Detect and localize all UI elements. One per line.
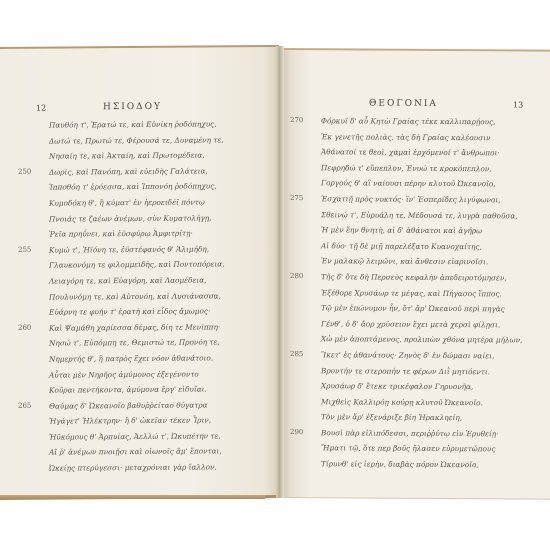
verse-line-text: Τίρυνθ' εἰς ἱερὴν, διαβὰς πόρον Ὠκεανοῖο… [321,456,479,473]
verse-line-text: Ἐν μαλακῷ λειμῶνι, καὶ ἄνθεσιν εἰαρινοῖσ… [321,254,488,271]
book-gutter [276,46,284,498]
verse-line: Ἠϋκόμους θ' Ἁρπυίας, Ἀελλώ τ', Ὠκυπέτην … [49,428,225,445]
verse-line-text: Καὶ Ψαμάθη χαρίεσσα δέμας, δίη τε Μενίππ… [49,319,220,336]
verse-text-block: Παυθόη τ', Ἐρατώ τε, καὶ Εὐνίκη ῥοδόπηχυ… [49,116,225,476]
verse-line: Αὗται μὲν Νηρῆος ἀμύμονος ἐξεγένοντο [49,366,225,383]
verse-line-text: Ἠγάγετ' Ἠλέκτρην· ἣ δ' ὠκεῖαν τέκεν Ἶριν… [49,413,211,430]
running-head: ΗΣΙΟΔΟΥ [103,102,162,112]
verse-line-text: Σθεινώ τ', Εὐρυάλη τε, Μέδουσά τε, λυγρὰ… [321,207,518,224]
right-page: ΘΕΟΓΟΝΙΑ 13 270Φόρκυϊ δ' αὖ Κητὼ Γραίας … [281,48,550,500]
verse-line: Ἠγάγετ' Ἠλέκτρην· ἣ δ' ὠκεῖαν τέκεν Ἶριν… [49,413,225,430]
verse-line-text: Ἤματι τῷ, ὅτε περ βοῦς ἤλασεν εὐρυμετώπο… [321,441,495,458]
verse-line-text: Ἀθάνατοί τε θεοὶ, χαμαὶ ἐρχόμενοί τ' ἄνθ… [321,144,500,161]
line-number: 270 [290,113,314,129]
verse-line-text: Τῆς δ' ὅτε δὴ Περσεὺς κεφαλὴν ἀπεδειροτό… [321,269,507,286]
verse-line-text: Ῥεῖα πρηΰνει, καὶ ἐϋσφύρῳ Ἀμφιτρίτῃ· [49,226,193,243]
running-head: ΘΕΟΓΟΝΙΑ [369,99,438,109]
verse-line-text: Βροντήν τε στεροπήν τε φέρων Διῒ μητιόεν… [321,363,490,380]
verse-line: 290Βουσὶ πὰρ εἰλιπόδεσσι, περιῤῥύτῳ εἰν … [321,425,522,442]
verse-line-text: Χὠ μὲν ἀποπτάμενος, προλιπὼν χθόνα μητέρ… [321,332,522,349]
verse-line: Γένθ', ὁ δ' ἄορ χρύσειον ἔχει μετὰ χερσὶ… [321,316,522,333]
verse-line-text: Αὗται μὲν Νηρῆος ἀμύμονος ἐξεγένοντο [49,366,199,383]
open-book: 12 ΗΣΙΟΔΟΥ Παυθόη τ', Ἐρατώ τε, καὶ Εὐνί… [0,0,550,550]
verse-line-text: Τὸν μὲν ἄρ' ἐξενάριξε βίη Ἡρακληείη, [321,410,462,426]
verse-line-text: Γλαυκονόμη τε φιλομμειδὴς, καὶ Ποντοπόρε… [49,257,225,274]
verse-line-text: Ὠκείῃς πτερύγεσσι· μεταχρόνιαι γὰρ ἴαλλο… [49,459,217,476]
verse-line: Ὠκείῃς πτερύγεσσι· μεταχρόνιαι γὰρ ἴαλλο… [49,459,225,476]
page-number: 12 [36,104,46,113]
verse-line: Ἀθάνατοί τε θεοὶ, χαμαὶ ἐρχόμενοί τ' ἄνθ… [321,144,522,161]
verse-line: Αἱ δύο· τῇ δὲ μιῇ παρελέξατο Κυανοχαίτης… [321,238,522,255]
verse-line-text: Ἡ μὲν ἔην θνητὴ, αἱ δ' ἀθάνατοι καὶ ἀγήρ… [321,222,482,239]
verse-line-text: Αἵ ῥ' ἀνέμων πνοιῇσι καὶ οἰωνοῖς ἅμ' ἕπο… [49,444,222,461]
verse-line: Νησαίη τε, καὶ Ἀκταίη, καὶ Πρωτομέδεια, [49,148,225,165]
verse-line: Πνοιάς τε ζαέων ἀνέμων, σὺν Κυματολήγῃ, [49,210,225,227]
verse-line-text: Δωρὶς, καὶ Πανόπη, καὶ εὐειδὴς Γαλάτεια, [49,163,208,180]
verse-line-text: Γοργούς θ' αἳ ναίουσι πέρην κλυτοῦ Ὠκεαν… [321,176,496,193]
verse-line: Γοργούς θ' αἳ ναίουσι πέρην κλυτοῦ Ὠκεαν… [321,176,522,193]
verse-line: Κοῦραι πεντήκοντα, ἀμύμονα ἔργ' εἰδυῖαι. [49,381,225,398]
line-number: 255 [18,242,42,258]
verse-line-text: Δωτώ τε, Πρωτώ τε, Φέρουσά τε, Δυναμένη … [49,132,224,149]
verse-line: Δωτώ τε, Πρωτώ τε, Φέρουσά τε, Δυναμένη … [49,132,225,149]
verse-line-text: Πνοιάς τε ζαέων ἀνέμων, σὺν Κυματολήγῃ, [49,210,211,227]
verse-line: Ἡ μὲν ἔην θνητὴ, αἱ δ' ἀθάνατοι καὶ ἀγήρ… [321,222,522,239]
verse-line-text: Νησώ τ', Εὐπόμπη τε, Θεμιστώ τε, Προνόη … [49,335,220,352]
page-number: 13 [513,100,523,109]
line-number: 260 [18,320,42,336]
verse-line: Λειαγόρη τε, καὶ Εὐαγόρη, καὶ Λαομέδεια, [49,272,225,289]
verse-line: Χρυσάωρ δ' ἔτεκε τρικέφαλον Γηρυονῆα, [321,378,522,395]
verse-line-text: Ἐσχατιῇ πρὸς νυκτός· ἵν' Ἑσπερίδες λιγύφ… [321,191,501,208]
verse-line: Ῥεῖα πρηΰνει, καὶ ἐϋσφύρῳ Ἀμφιτρίτῃ· [49,226,225,243]
verse-line: Τὸν μὲν ἄρ' ἐξενάριξε βίη Ἡρακληείη, [321,410,522,427]
verse-line-text: Κυμώ τ', Ἠϊόνη τε, ἐϋστέφανός θ' Ἁλιμήδη… [49,241,209,258]
verse-line: Ἱπποθόη τ' ἐρόεσσα, καὶ Ἱππονόη ῥοδόπηχυ… [49,179,225,196]
verse-line-text: Λειαγόρη τε, καὶ Εὐαγόρη, καὶ Λαομέδεια, [49,272,207,289]
line-number: 290 [290,425,314,441]
verse-line: Κυμοδόκη θ', ἣ κύματ' ἐν ἠεροειδέϊ πόντῳ [49,194,225,211]
verse-line: Νησώ τ', Εὐπόμπη τε, Θεμιστώ τε, Προνόη … [49,335,225,352]
verse-line-text: Ἱπποθόη τ' ἐρόεσσα, καὶ Ἱππονόη ῥοδόπηχυ… [49,179,217,196]
line-number: 275 [290,191,314,207]
verse-line: 270Φόρκυϊ δ' αὖ Κητὼ Γραίας τέκε καλλιπα… [321,113,522,130]
verse-line-text: Παυθόη τ', Ἐρατώ τε, καὶ Εὐνίκη ῥοδόπηχυ… [49,116,217,133]
line-number: 265 [18,398,42,414]
verse-line-text: Βουσὶ πὰρ εἰλιπόδεσσι, περιῤῥύτῳ εἰν Ἐρυ… [321,425,498,442]
line-number: 285 [290,347,314,363]
verse-line: Αἵ ῥ' ἀνέμων πνοιῇσι καὶ οἰωνοῖς ἅμ' ἕπο… [49,444,225,461]
verse-line: Ἐν μαλακῷ λειμῶνι, καὶ ἄνθεσιν εἰαρινοῖσ… [321,254,522,271]
verse-line-text: Γένθ', ὁ δ' ἄορ χρύσειον ἔχει μετὰ χερσὶ… [321,316,500,333]
verse-line: Μιχθεὶς Καλλιρόῃ κούρῃ κλυτοῦ Ὠκεανοῖο. [321,394,522,411]
verse-line-text: Μιχθεὶς Καλλιρόῃ κούρῃ κλυτοῦ Ὠκεανοῖο. [321,394,483,411]
verse-line-text: Νημερτής θ', ἣ πατρὸς ἔχει νόον ἀθανάτοι… [49,350,213,367]
verse-line: Χὠ μὲν ἀποπτάμενος, προλιπὼν χθόνα μητέρ… [321,332,522,349]
line-number: 250 [18,164,42,180]
verse-line: 250Δωρὶς, καὶ Πανόπη, καὶ εὐειδὴς Γαλάτε… [49,163,225,180]
verse-text-block: 270Φόρκυϊ δ' αὖ Κητὼ Γραίας τέκε καλλιπα… [321,113,522,473]
verse-line: Ἤματι τῷ, ὅτε περ βοῦς ἤλασεν εὐρυμετώπο… [321,441,522,458]
verse-line: Νημερτής θ', ἣ πατρὸς ἔχει νόον ἀθανάτοι… [49,350,225,367]
verse-line: 275Ἐσχατιῇ πρὸς νυκτός· ἵν' Ἑσπερίδες λι… [321,191,522,208]
verse-line: Γλαυκονόμη τε φιλομμειδὴς, καὶ Ποντοπόρε… [49,257,225,274]
verse-line-text: Φόρκυϊ δ' αὖ Κητὼ Γραίας τέκε καλλιπαρῄο… [321,113,496,130]
verse-line: Τίρυνθ' εἰς ἱερὴν, διαβὰς πόρον Ὠκεανοῖο… [321,456,522,473]
verse-line: Βροντήν τε στεροπήν τε φέρων Διῒ μητιόεν… [321,363,522,380]
verse-line-text: Εὐάρνη τε φυήν τ' ἐρατὴ καὶ εἶδος ἄμωμος… [49,304,210,321]
verse-line: Ἐκ γενετῆς πολιὰς, τὰς δὴ Γραίας καλέουσ… [321,129,522,146]
verse-line-text: Ἵκετ' ἐς ἀθανάτους· Ζηνὸς δ' ἐν δώμασι ν… [321,347,494,364]
verse-line: 260Καὶ Ψαμάθη χαρίεσσα δέμας, δίη τε Μεν… [49,319,225,336]
verse-line-text: Αἱ δύο· τῇ δὲ μιῇ παρελέξατο Κυανοχαίτης… [321,238,482,255]
verse-line-text: Πεφρηδώ τ' εὔπεπλον, Ἐνυώ τε κροκόπεπλον… [321,160,492,177]
verse-line-text: Χρυσάωρ δ' ἔτεκε τρικέφαλον Γηρυονῆα, [321,378,473,395]
verse-line-text: Τῷ μὲν ἐπώνυμον ἦν, ὅτ' ἄρ' Ὠκεανοῦ περὶ… [321,300,505,317]
verse-line-text: Κοῦραι πεντήκοντα, ἀμύμονα ἔργ' εἰδυῖαι. [49,382,207,399]
verse-line: 265Θαύμας δ' Ὠκεανοῖο βαθυῤῥείταο θύγατρ… [49,397,225,414]
verse-line-text: Κυμοδόκη θ', ἣ κύματ' ἐν ἠεροειδέϊ πόντῳ [49,194,205,211]
page-edge [0,495,265,499]
verse-line: Πεφρηδώ τ' εὔπεπλον, Ἐνυώ τε κροκόπεπλον… [321,160,522,177]
line-number: 280 [290,269,314,285]
verse-line: Τῷ μὲν ἐπώνυμον ἦν, ὅτ' ἄρ' Ὠκεανοῦ περὶ… [321,300,522,317]
verse-line: Ἐξέθορε Χρυσάωρ τε μέγας, καὶ Πήγασος ἵπ… [321,285,522,302]
verse-line: Σθεινώ τ', Εὐρυάλη τε, Μέδουσά τε, λυγρὰ… [321,207,522,224]
verse-line-text: Ἐξέθορε Χρυσάωρ τε μέγας, καὶ Πήγασος ἵπ… [321,285,502,302]
verse-line-text: Πουλυνόμη τε, καὶ Αὐτονόη, καὶ Λυσιάνασσ… [49,288,221,305]
verse-line-text: Θαύμας δ' Ὠκεανοῖο βαθυῤῥείταο θύγατρα [49,397,208,414]
verse-line: Πουλυνόμη τε, καὶ Αὐτονόη, καὶ Λυσιάνασσ… [49,288,225,305]
verse-line: 255Κυμώ τ', Ἠϊόνη τε, ἐϋστέφανός θ' Ἁλιμ… [49,241,225,258]
left-page: 12 ΗΣΙΟΔΟΥ Παυθόη τ', Ἐρατώ τε, καὶ Εὐνί… [0,45,279,500]
verse-line: Παυθόη τ', Ἐρατώ τε, καὶ Εὐνίκη ῥοδόπηχυ… [49,116,225,133]
verse-line: 285Ἵκετ' ἐς ἀθανάτους· Ζηνὸς δ' ἐν δώμασ… [321,347,522,364]
verse-line-text: Ἐκ γενετῆς πολιὰς, τὰς δὴ Γραίας καλέουσ… [321,129,490,146]
verse-line: 280Τῆς δ' ὅτε δὴ Περσεὺς κεφαλὴν ἀπεδειρ… [321,269,522,286]
verse-line: Εὐάρνη τε φυήν τ' ἐρατὴ καὶ εἶδος ἄμωμος… [49,304,225,321]
verse-line-text: Νησαίη τε, καὶ Ἀκταίη, καὶ Πρωτομέδεια, [49,148,205,165]
verse-line-text: Ἠϋκόμους θ' Ἁρπυίας, Ἀελλώ τ', Ὠκυπέτην … [49,428,221,445]
